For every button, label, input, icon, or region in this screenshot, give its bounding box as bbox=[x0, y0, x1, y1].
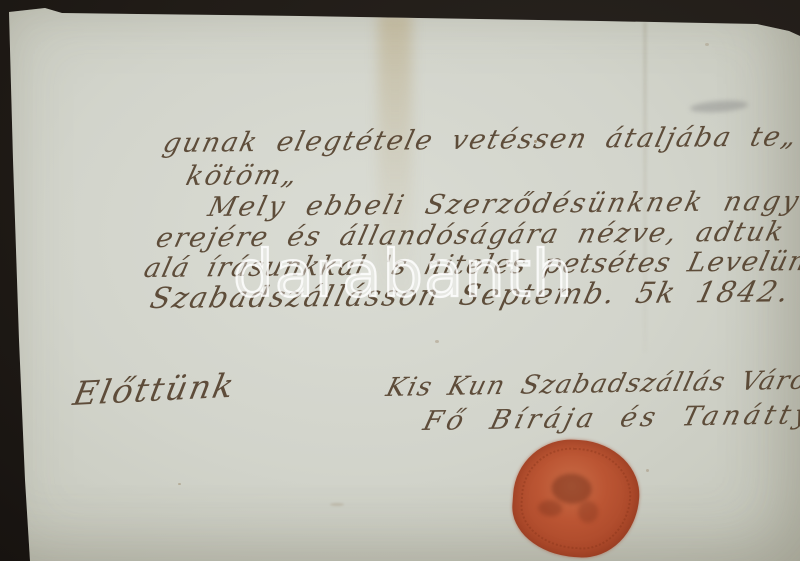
faint-pencil-smudge bbox=[690, 99, 749, 114]
signature-line: Fő Bírája és Tanáttya bbox=[420, 399, 800, 437]
handwriting-line: gunak elegtétele vetéssen átaljába te„ bbox=[160, 121, 800, 159]
handwriting-line: kötöm„ bbox=[183, 160, 302, 192]
paper-speck bbox=[435, 340, 439, 343]
photo-background: gunak elegtétele vetéssen átaljába te„ k… bbox=[0, 0, 800, 561]
paper-speck bbox=[178, 483, 181, 485]
signature-line: Kis Kun Szabadszállás Várossa bbox=[383, 365, 800, 403]
paper-speck bbox=[705, 43, 709, 46]
paper-speck bbox=[646, 469, 649, 472]
witness-label: Előttünk bbox=[70, 366, 239, 413]
watermark-text: darabanth bbox=[233, 243, 573, 307]
paper-speck bbox=[330, 503, 344, 506]
wax-seal bbox=[509, 436, 643, 561]
